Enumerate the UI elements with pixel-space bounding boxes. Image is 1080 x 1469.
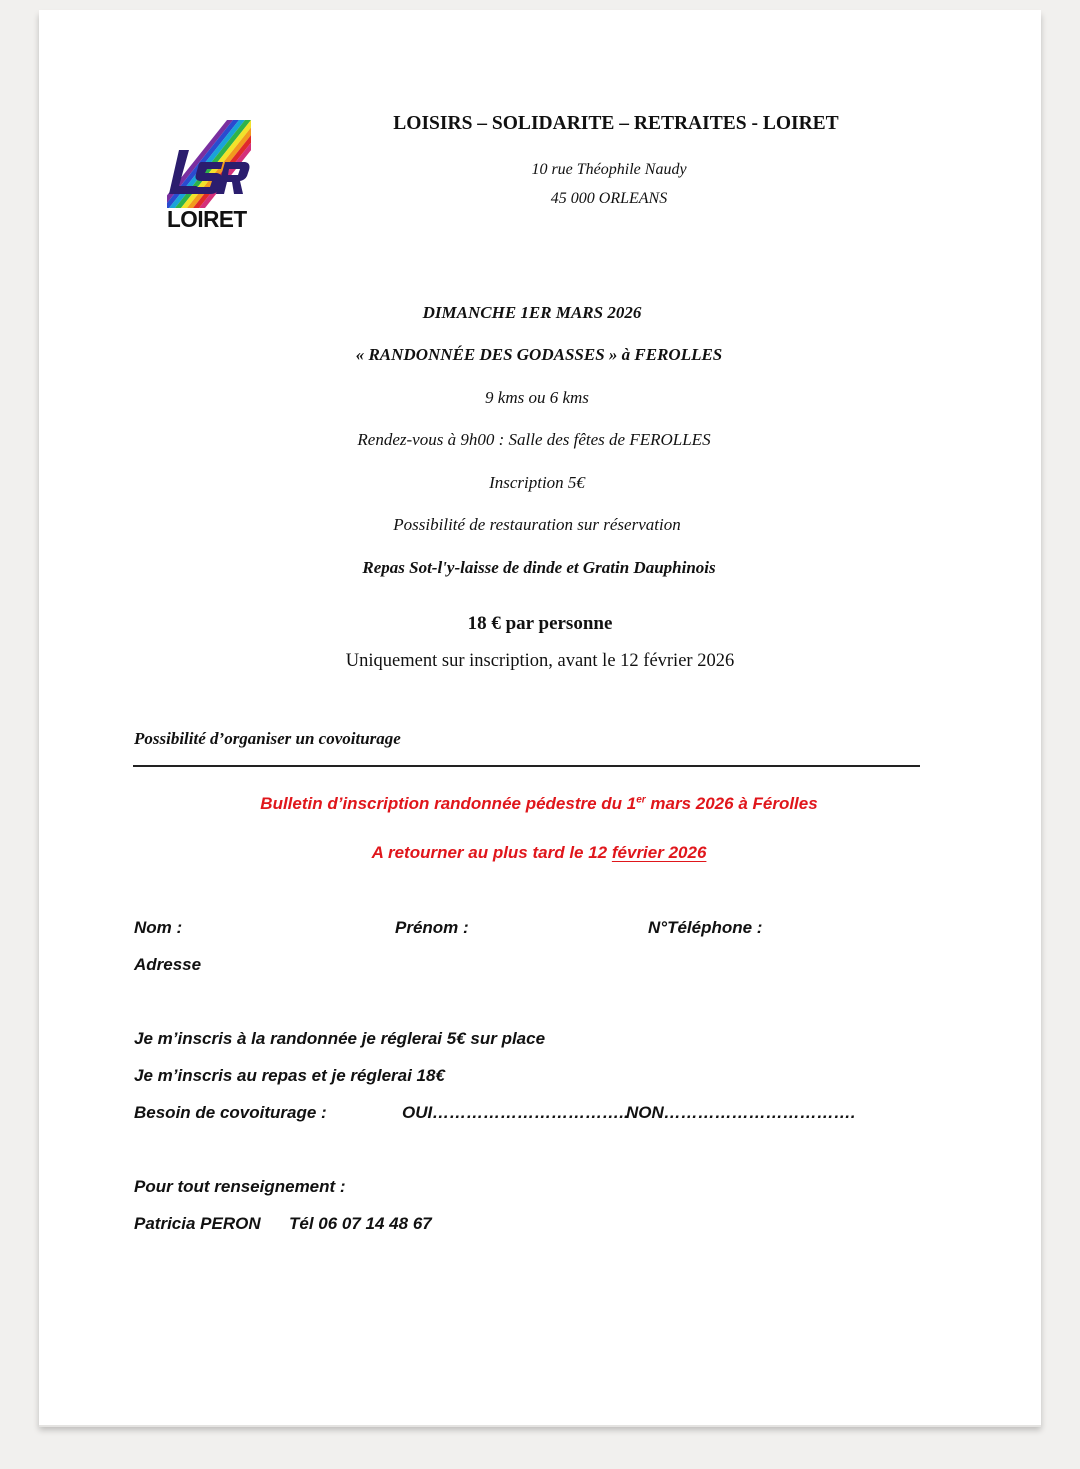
organization-title: LOISIRS – SOLIDARITE – RETRAITES - LOIRE…: [381, 113, 851, 135]
carpool-non-option[interactable]: NON…………………………….: [626, 1103, 856, 1123]
carpool-note: Possibilité d’organiser un covoiturage: [134, 729, 401, 749]
contact-phone: Tél 06 07 14 48 67: [289, 1214, 432, 1234]
event-title: « RANDONNÉE DES GODASSES » à FEROLLES: [39, 345, 1039, 365]
separator-line: [133, 765, 920, 767]
meal-price: 18 € par personne: [39, 613, 1041, 635]
hike-registration-line: Je m’inscris à la randonnée je réglerai …: [134, 1029, 545, 1049]
contact-name: Patricia PERON: [134, 1214, 261, 1234]
return-deadline-text: A retourner au plus tard le 12: [372, 843, 612, 862]
nom-field-label[interactable]: Nom :: [134, 918, 182, 938]
address-line-1: 10 rue Théophile Naudy: [479, 161, 739, 179]
bulletin-title-end: mars 2026 à Férolles: [646, 794, 818, 813]
event-catering: Possibilité de restauration sur réservat…: [39, 515, 1035, 535]
bulletin-title-main: Bulletin d’inscription randonnée pédestr…: [260, 794, 636, 813]
event-meeting: Rendez-vous à 9h00 : Salle des fêtes de …: [39, 430, 1029, 450]
event-distances: 9 kms ou 6 kms: [39, 388, 1035, 408]
return-deadline: A retourner au plus tard le 12 février 2…: [39, 843, 1039, 863]
telephone-field-label[interactable]: N°Téléphone :: [648, 918, 762, 938]
carpool-oui-option[interactable]: OUI……………………………..: [402, 1103, 629, 1123]
event-meal: Repas Sot-l'y-laisse de dinde et Gratin …: [39, 558, 1039, 578]
bulletin-title: Bulletin d’inscription randonnée pédestr…: [39, 794, 1039, 814]
document-page: LOIRET LOISIRS – SOLIDARITE – RETRAITES …: [39, 10, 1041, 1425]
return-deadline-date: février 2026: [612, 843, 707, 862]
carpool-question: Besoin de covoiturage :: [134, 1103, 327, 1123]
deadline-note: Uniquement sur inscription, avant le 12 …: [39, 651, 1041, 672]
bulletin-title-sup: er: [636, 794, 645, 805]
logo-region-text: LOIRET: [167, 206, 249, 233]
contact-heading: Pour tout renseignement :: [134, 1177, 346, 1197]
adresse-field-label[interactable]: Adresse: [134, 955, 201, 975]
prenom-field-label[interactable]: Prénom :: [395, 918, 469, 938]
meal-registration-line: Je m’inscris au repas et je réglerai 18€: [134, 1066, 445, 1086]
event-date: DIMANCHE 1ER MARS 2026: [39, 303, 1025, 323]
event-fee: Inscription 5€: [39, 473, 1035, 493]
address-line-2: 45 000 ORLEANS: [479, 190, 739, 208]
